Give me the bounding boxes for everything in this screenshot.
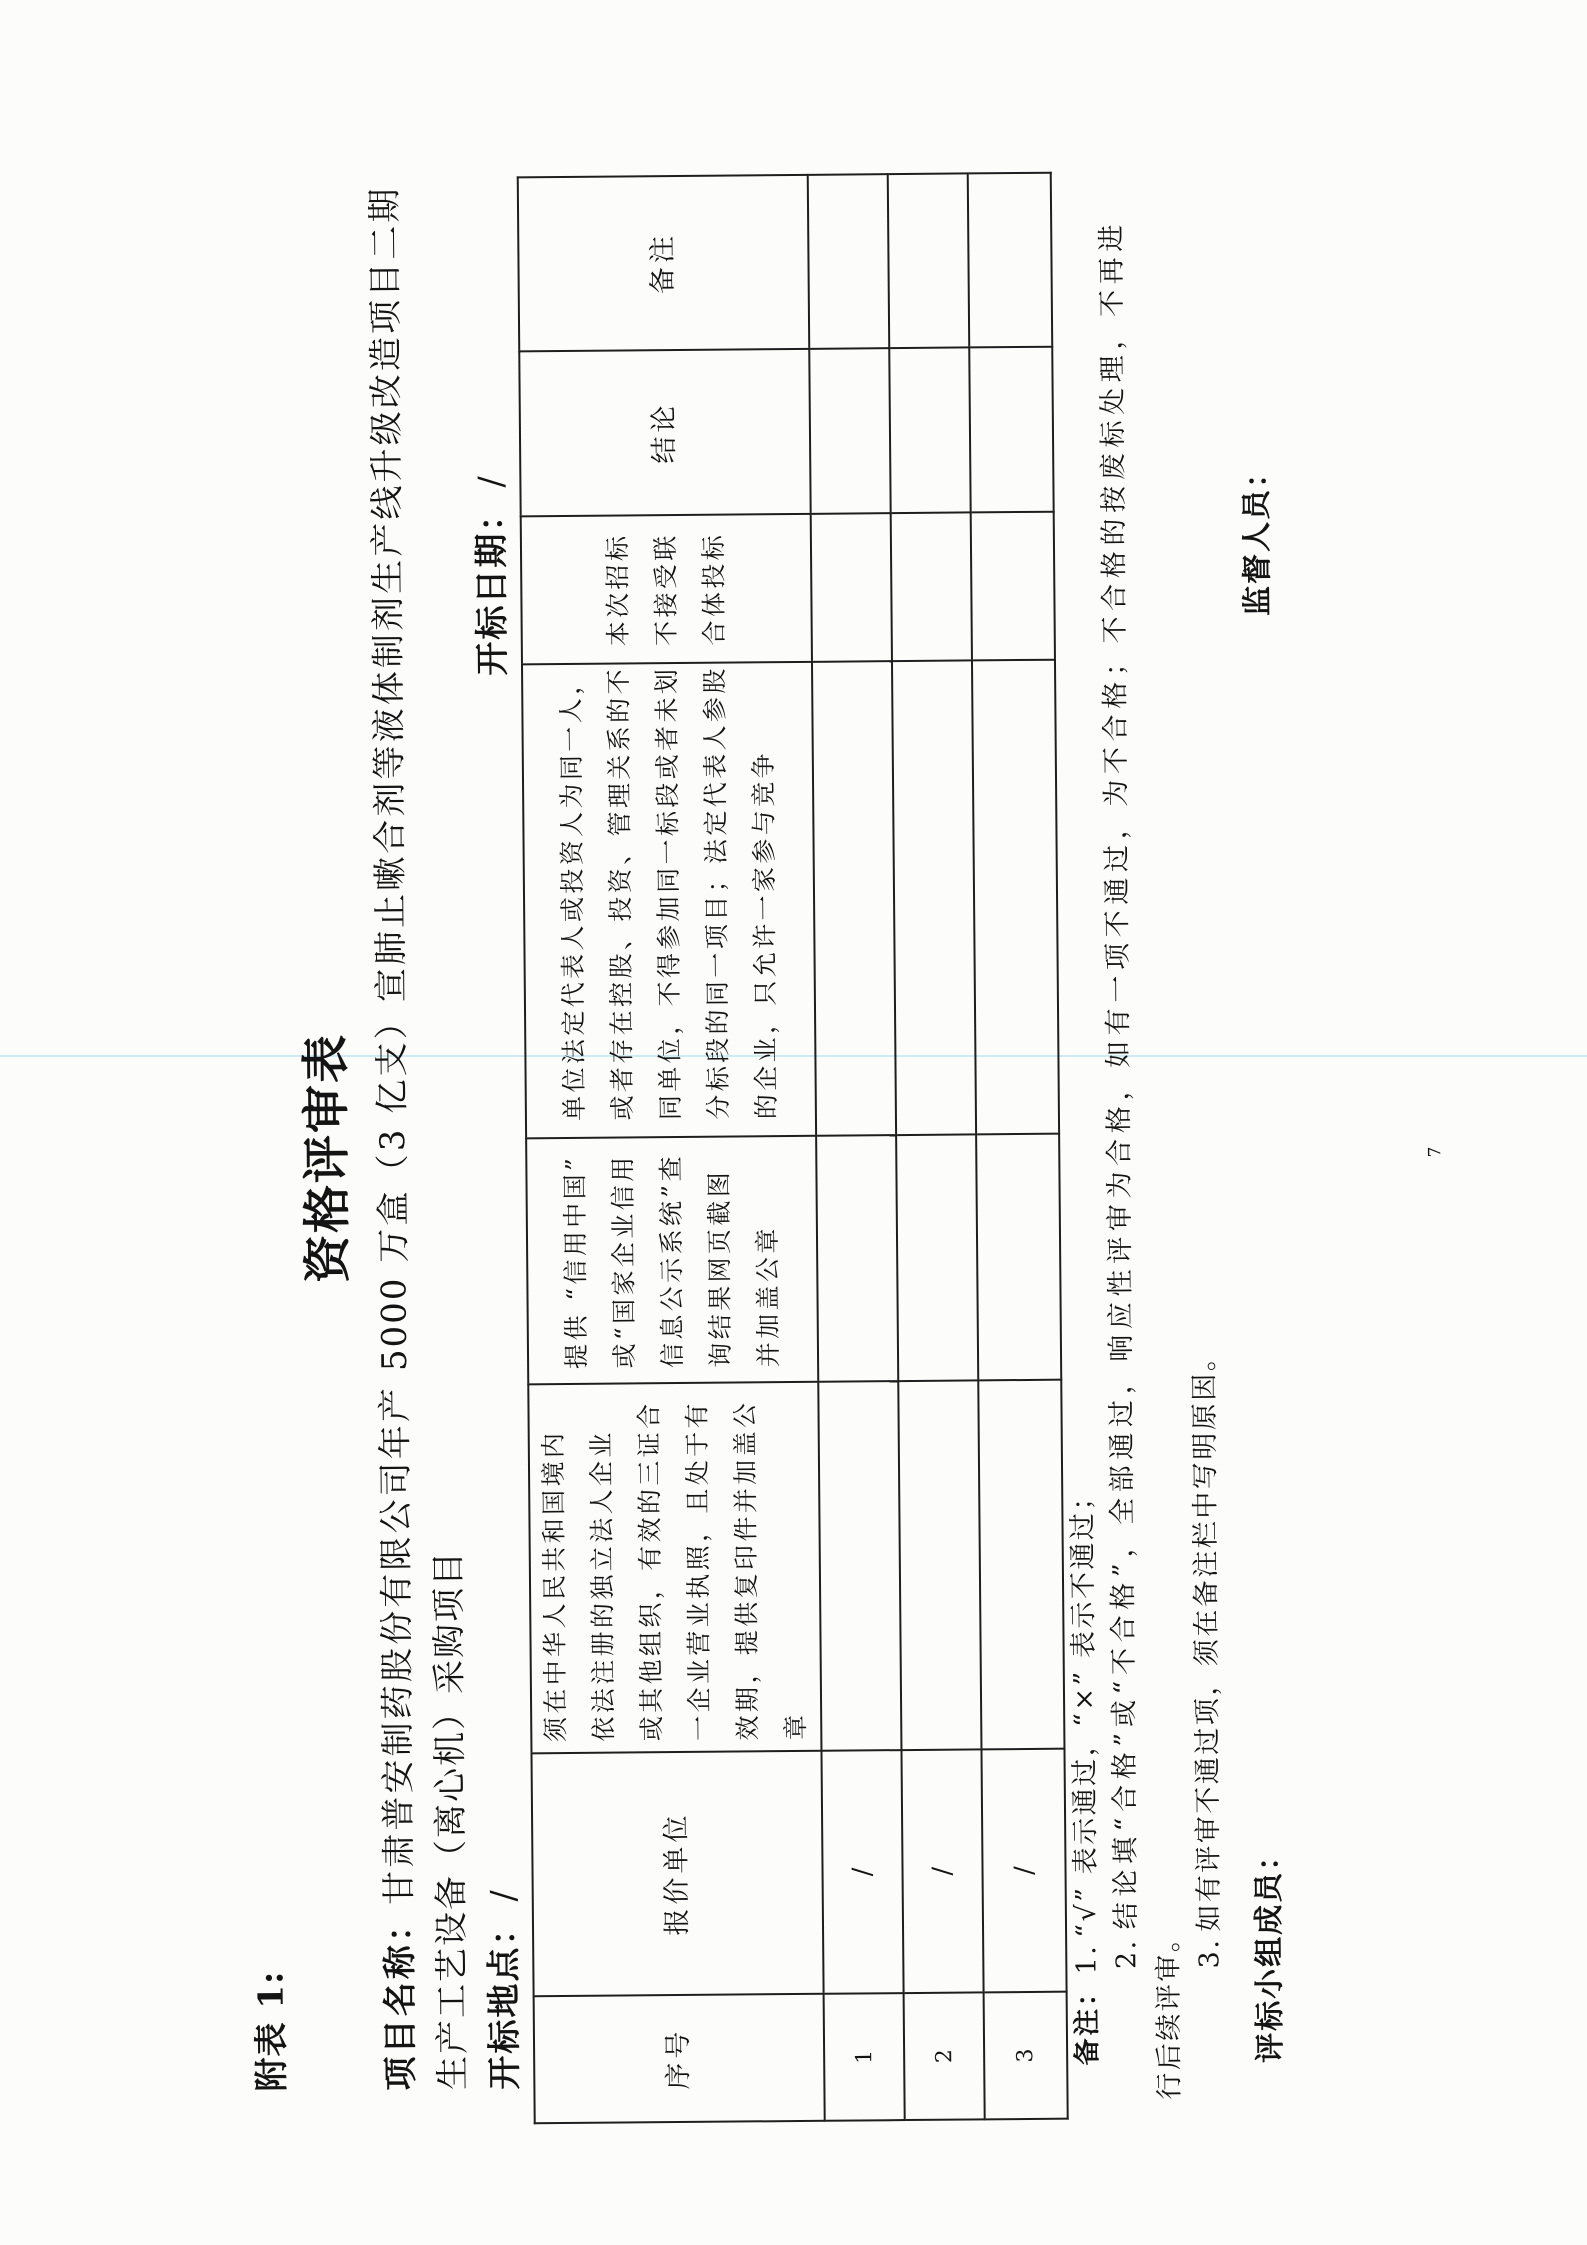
page-number: 7	[1424, 1146, 1446, 1157]
header-line: 章	[769, 1383, 820, 1740]
cell-no-consortium	[891, 512, 972, 661]
notes-label: 备注：	[1067, 1977, 1108, 2066]
cell-credit-check	[816, 1135, 898, 1382]
header-line: 分标段的同一项目；法定代表人参股	[691, 663, 743, 1119]
header-line: 询结果网页截图	[695, 1137, 745, 1367]
seq-value: 2	[932, 2049, 957, 2063]
bid-location-label: 开标地点：	[484, 1909, 526, 2089]
cell-bidder: /	[821, 1750, 903, 1994]
cell-remarks	[888, 173, 970, 348]
header-line: 或其他组织，有效的三证合	[625, 1384, 676, 1741]
bidder-value: /	[928, 1867, 958, 1876]
cell-no-consortium	[971, 512, 1055, 661]
header-line: 本次招标	[594, 516, 643, 662]
cell-relationship	[892, 660, 976, 1135]
header-line: 或者存在控股、投资、管理关系的不	[595, 664, 647, 1120]
cell-remarks	[968, 173, 1053, 348]
header-line: 单位法定代表人或投资人为同一人，	[547, 665, 599, 1121]
header-line: 并加盖公章	[743, 1137, 793, 1367]
cell-no-consortium	[811, 513, 892, 662]
header-bidder-label: 报价单位	[656, 1753, 698, 1994]
cell-conclusion	[809, 348, 890, 514]
bidder-value: /	[1009, 1866, 1039, 1875]
header-no-consortium: 本次招标 不接受联 合体投标	[521, 514, 812, 665]
header-bidder: 报价单位	[531, 1751, 823, 1997]
cell-seq: 3	[984, 1992, 1068, 2120]
table-row: 3 /	[968, 173, 1068, 2120]
header-line: 效期，提供复印件并加盖公	[721, 1383, 772, 1740]
note-item-2-continued: 行后续评审。	[1149, 1923, 1191, 2100]
header-seq: 序号	[534, 1994, 825, 2124]
header-seq-label: 序号	[659, 1996, 700, 2121]
cell-relationship	[972, 660, 1059, 1135]
header-relationship: 单位法定代表人或投资人为同一人， 或者存在控股、投资、管理关系的不 同单位，不得…	[522, 662, 816, 1139]
cell-bidder: /	[981, 1749, 1066, 1993]
cell-conclusion	[969, 347, 1053, 513]
cell-conclusion	[889, 347, 970, 513]
header-remarks-label: 备注	[643, 177, 684, 349]
cell-business-license	[898, 1380, 981, 1750]
note-number: 3.	[1194, 1937, 1225, 1968]
bid-date: 开标日期：/	[467, 474, 517, 676]
cell-bidder: /	[901, 1749, 983, 1993]
cell-relationship	[812, 661, 896, 1136]
seq-value: 1	[852, 2050, 877, 2064]
header-line: 合体投标	[690, 515, 739, 661]
appendix-label: 附表 1:	[247, 1970, 296, 2091]
header-line: 的企业，只允许一家参与竞争	[739, 663, 791, 1119]
bid-location: 开标地点：/	[480, 1888, 530, 2090]
qualification-review-table: 序号 报价单位 须在中华人民共和国境内 依法注册的独立法人企业 或其他组织，有效…	[517, 172, 1069, 2125]
cell-seq: 2	[904, 1992, 985, 2120]
scanned-page: 附表 1: 资格评审表 项目名称：甘肃普安制药股份有限公司年产 5000 万盒（…	[0, 0, 1587, 2245]
committee-signature-label: 评标小组成员：	[1247, 1839, 1293, 2063]
cell-credit-check	[976, 1134, 1061, 1381]
note-item-1: 1.“√” 表示通过，“×” 表示不通过；	[1063, 1481, 1107, 1975]
cell-business-license	[978, 1380, 1064, 1750]
header-line: 或“国家企业信用	[599, 1138, 649, 1368]
bidder-value: /	[848, 1867, 878, 1876]
table-header-row: 序号 报价单位 须在中华人民共和国境内 依法注册的独立法人企业 或其他组织，有效…	[518, 175, 825, 2123]
supervisor-signature-label: 监督人员：	[1235, 456, 1280, 616]
project-name-value-1: 甘肃普安制药股份有限公司年产 5000 万盒（3 亿支）宣肺止嗽合剂等液体制剂生…	[365, 186, 420, 1905]
note-text: “√” 表示通过，“×” 表示不通过；	[1067, 1481, 1102, 1938]
project-name-label: 项目名称：	[380, 1905, 422, 2091]
project-name-line-1: 项目名称：甘肃普安制药股份有限公司年产 5000 万盒（3 亿支）宣肺止嗽合剂等…	[361, 186, 426, 2090]
cell-remarks	[808, 174, 890, 349]
bid-date-label: 开标日期：	[472, 495, 514, 675]
note-number: 2.	[1111, 1938, 1142, 1969]
header-remarks: 备注	[518, 175, 810, 352]
project-name-line-2: 生产工艺设备（离心机）采购项目	[425, 1550, 478, 2090]
bid-date-value: /	[471, 474, 511, 488]
header-conclusion-label: 结论	[644, 351, 685, 514]
header-line: 一企业营业执照，且处于有	[673, 1384, 724, 1741]
note-text: 如有评审不通过项，须在备注栏中写明原因。	[1189, 1342, 1225, 1932]
header-line: 不接受联	[642, 516, 691, 662]
header-line: 同单位，不得参加同一标段或者未划	[643, 664, 695, 1120]
page-title: 资格评审表	[296, 1033, 358, 1284]
seq-value: 3	[1013, 2048, 1038, 2062]
header-line: 信息公示系统”查	[647, 1138, 697, 1368]
header-line: 须在中华人民共和国境内	[529, 1385, 580, 1742]
bid-location-value: /	[484, 1888, 524, 1902]
cell-seq: 1	[824, 1993, 905, 2121]
cell-credit-check	[896, 1134, 978, 1381]
header-business-license: 须在中华人民共和国境内 依法注册的独立法人企业 或其他组织，有效的三证合 一企业…	[528, 1382, 821, 1754]
header-line: 依法注册的独立法人企业	[577, 1384, 628, 1741]
cell-business-license	[818, 1381, 901, 1751]
note-number: 1.	[1071, 1944, 1102, 1975]
header-credit-check: 提供 “信用中国” 或“国家企业信用 信息公示系统”查 询结果网页截图 并加盖公…	[526, 1136, 818, 1385]
header-conclusion: 结论	[519, 349, 810, 517]
note-item-3: 3.如有评审不通过项，须在备注栏中写明原因。	[1185, 1341, 1230, 1968]
header-line: 提供 “信用中国”	[551, 1139, 601, 1369]
